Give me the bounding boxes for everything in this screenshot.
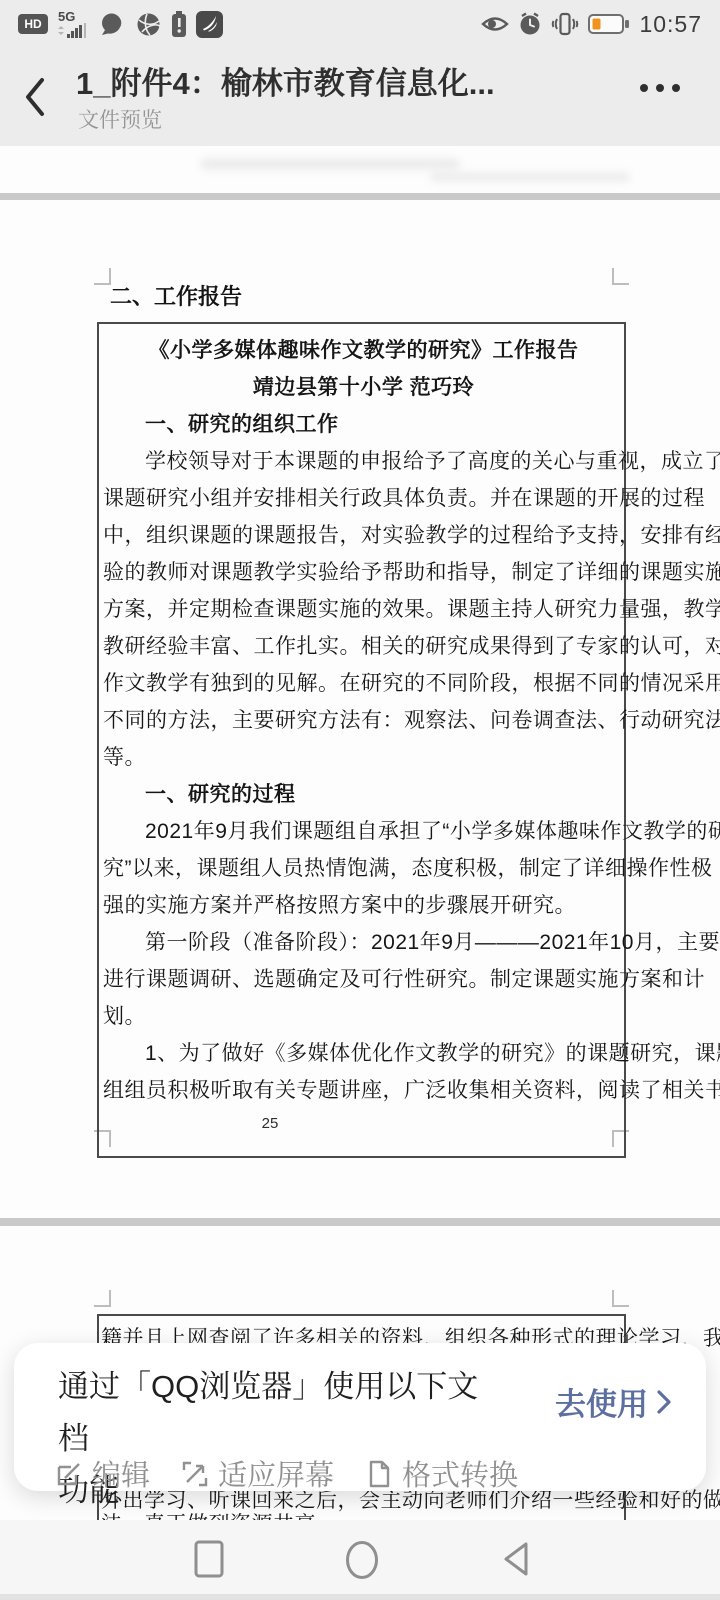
network-label: 5G [58,10,75,23]
doc-line: 究”以来，课题组人员热情饱满，态度积极，制定了详细操作性极 [103,848,624,885]
doc-line: 组组员积极听取有关专题讲座，广泛收集相关资料，阅读了相关书 [103,1070,624,1107]
recents-square-icon [194,1540,224,1578]
doc-line: 靖边县第十小学 范巧玲 [103,367,624,404]
doc-line: 验的教师对课题教学实验给予帮助和指导，制定了详细的课题实施 [103,552,624,589]
clock-time: 10:57 [639,11,702,38]
back-nav-button[interactable] [502,1540,530,1583]
doc-line: 作文教学有独到的见解。在研究的不同阶段，根据不同的情况采用 [103,663,624,700]
back-button[interactable] [20,74,56,120]
hd-badge: HD [18,14,48,34]
feature-fit-screen[interactable]: 适应屏幕 [180,1453,334,1494]
recents-button[interactable] [194,1540,224,1583]
5g-signal-icon: 5G [58,10,88,38]
crop-mark [94,268,111,285]
doc-line: 划。 [103,996,624,1033]
go-use-button[interactable]: 去使用 [555,1379,672,1424]
edit-icon [54,1459,84,1489]
doc-line: 一、研究的组织工作 [103,404,624,441]
doc-line: 等。 [103,737,624,774]
more-menu-button[interactable] [640,84,680,92]
qq-browser-promo-card: 通过「QQ浏览器」使用以下文档 功能 去使用 编辑 适应屏幕 [14,1343,706,1491]
fit-screen-icon [180,1459,210,1489]
crop-mark [94,1290,111,1307]
page-separator [0,1218,720,1226]
page-title: 1_附件4：榆林市教育信息化... [76,58,596,103]
doc-line: 2021年9月我们课题组自承担了“小学多媒体趣味作文教学的研 [103,811,624,848]
doc-line: 不同的方法，主要研究方法有：观察法、问卷调查法、行动研究法 [103,700,624,737]
section-heading: 二、工作报告 [110,280,242,311]
wing-app-icon [196,11,223,38]
battery-alert-icon [172,11,186,37]
doc-line: 强的实施方案并严格按照方案中的步骤展开研究。 [103,885,624,922]
doc-line: 第一阶段（准备阶段）：2021年9月———2021年10月，主要 [103,922,624,959]
dot-icon [640,84,648,92]
page-subtitle: 文件预览 [78,104,162,134]
doc-line: 教研经验丰富、工作扎实。相关的研究成果得到了专家的认可，对 [103,626,624,663]
home-button[interactable] [345,1540,379,1585]
dot-icon [672,84,680,92]
vibrate-icon [551,11,579,37]
feature-row: 编辑 适应屏幕 格式转换 [54,1453,518,1494]
back-chevron-icon [20,74,50,120]
feature-edit[interactable]: 编辑 [54,1453,150,1494]
doc-line: 方案，并定期检查课题实施的效果。课题主持人研究力量强，教学 [103,589,624,626]
battery-icon [588,13,630,35]
page-number: 25 [200,1115,340,1132]
doc-line: 《小学多媒体趣味作文教学的研究》工作报告 [103,330,624,367]
crop-mark [612,1290,629,1307]
feature-format-convert[interactable]: 格式转换 [364,1453,518,1494]
format-convert-icon [364,1459,394,1489]
dot-icon [656,84,664,92]
feature-label: 编辑 [92,1453,150,1494]
status-bar: HD 5G [0,0,720,48]
crop-mark [612,268,629,285]
doc-line: 进行课题调研、选题确定及可行性研究。制定课题实施方案和计 [103,959,624,996]
message-bubble-icon [98,11,125,38]
doc-line: 一、研究的过程 [103,774,624,811]
document-text-box: 《小学多媒体趣味作文教学的研究》工作报告靖边县第十小学 范巧玲一、研究的组织工作… [97,322,626,1158]
feature-label: 格式转换 [402,1453,518,1494]
back-triangle-icon [502,1540,530,1578]
promo-title-line1: 通过「QQ浏览器」使用以下文档 [58,1361,508,1465]
feature-label: 适应屏幕 [218,1453,334,1494]
android-nav-bar [0,1520,720,1600]
doc-line: 1、为了做好《多媒体优化作文教学的研究》的课题研究，课题 [103,1033,624,1070]
alarm-icon [518,12,542,36]
doc-line: 学校领导对于本课题的申报给予了高度的关心与重视，成立了 [103,441,624,478]
title-bar: 1_附件4：榆林市教育信息化... 文件预览 [0,48,720,146]
home-circle-icon [345,1540,379,1580]
signal-bars-icon [58,23,88,38]
chevron-right-icon [656,1389,672,1415]
doc-line: 课题研究小组并安排相关行政具体负责。并在课题的开展的过程 [103,478,624,515]
eye-protection-icon [481,15,509,33]
previous-page-fragment [0,146,720,193]
page1-text: 《小学多媒体趣味作文教学的研究》工作报告靖边县第十小学 范巧玲一、研究的组织工作… [103,330,624,1107]
document-page-1[interactable]: 二、工作报告 《小学多媒体趣味作文教学的研究》工作报告靖边县第十小学 范巧玲一、… [0,200,720,1218]
go-use-label: 去使用 [555,1379,648,1424]
doc-line: 中，组织课题的课题报告，对实验教学的过程给予支持，安排有经 [103,515,624,552]
browser-globe-icon [135,11,162,38]
